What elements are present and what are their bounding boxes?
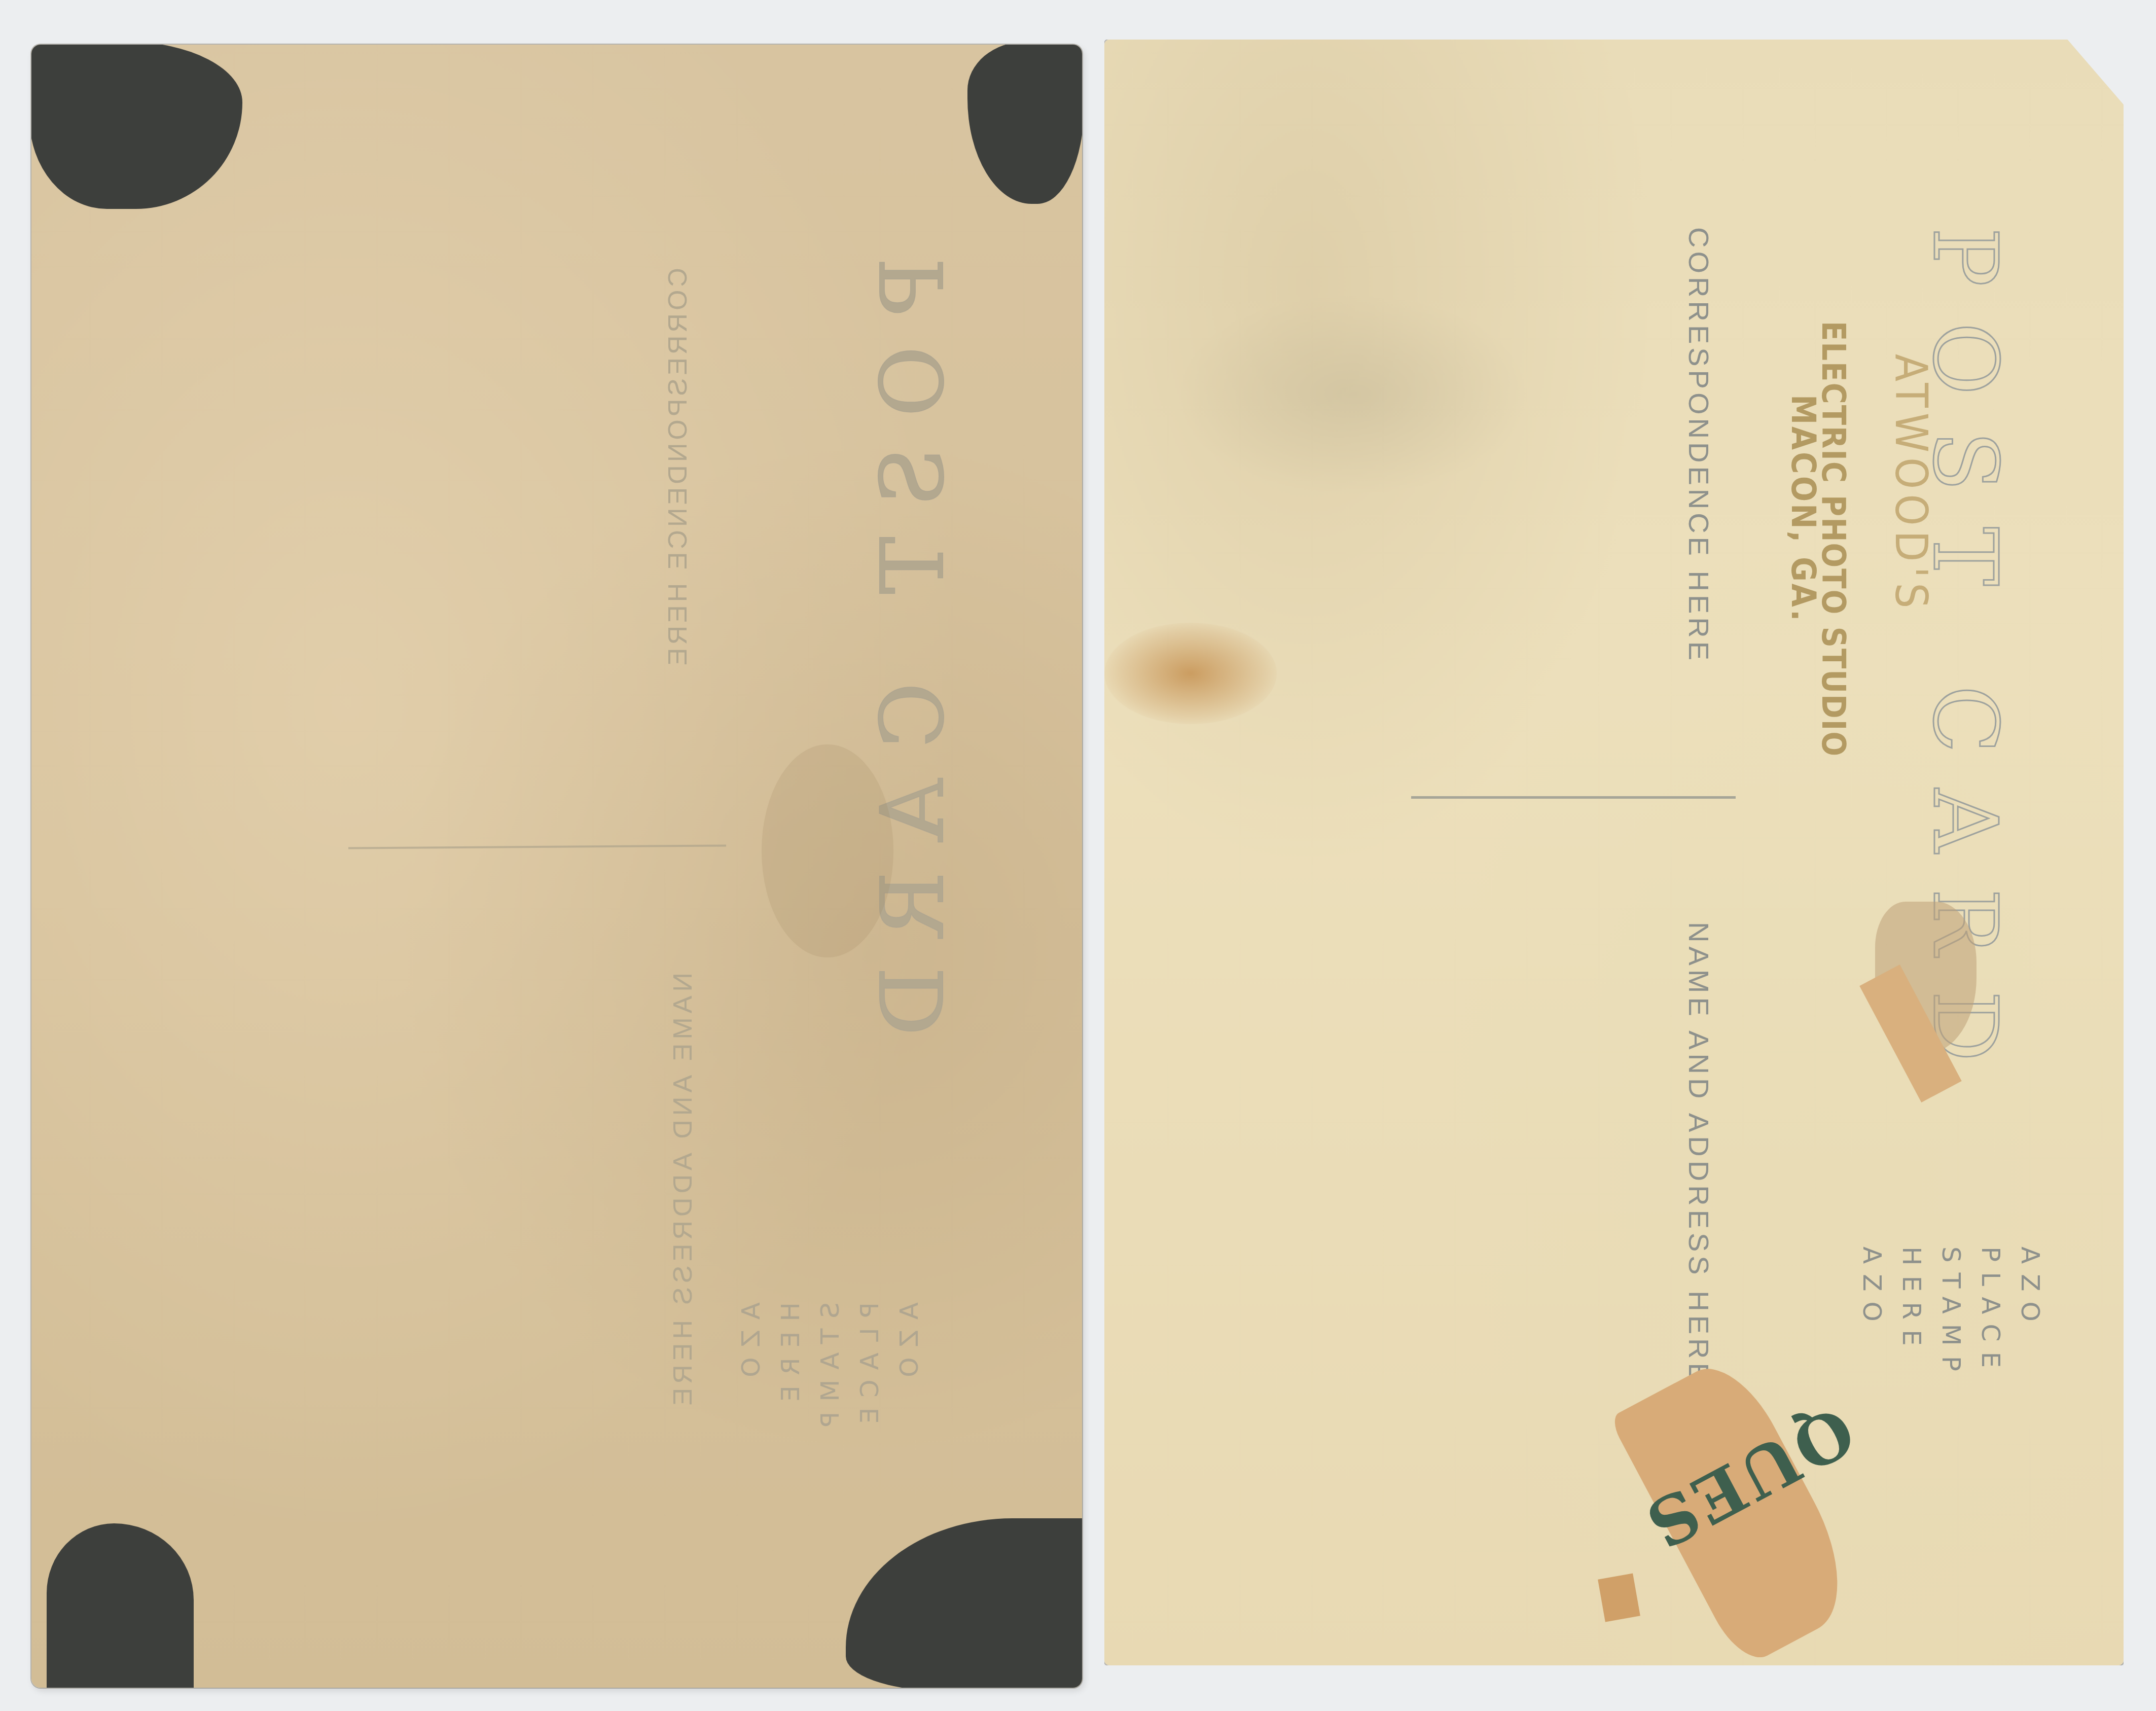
mount-corner-bottom-left xyxy=(47,1523,194,1688)
stamp-box-col: AZO xyxy=(736,1302,766,1437)
stamp-box: AZO PLACE STAMP HERE AZO xyxy=(1857,1246,2045,1381)
correspondence-label: CORRESPONDENCE HERE xyxy=(1682,227,1715,664)
mount-corner-top-left xyxy=(31,45,242,209)
smudge xyxy=(1175,293,1530,496)
stamp-box-col: STAMP xyxy=(815,1302,845,1437)
address-label: NAME AND ADDRESS HERE xyxy=(1682,922,1715,1386)
stamp-box-col: PLACE xyxy=(1976,1246,2005,1381)
address-label: NAME AND ADDRESS HERE xyxy=(668,973,698,1410)
postcard-left: POST CARD CORRESPONDENCE HERE NAME AND A… xyxy=(31,45,1082,1688)
mount-corner-top-right xyxy=(967,45,1082,204)
studio-city: MACON, GA. xyxy=(1784,395,1823,623)
stamp-box-col: HERE xyxy=(1897,1246,1926,1381)
divider-line xyxy=(1411,796,1736,799)
small-fragment xyxy=(1598,1574,1640,1622)
postcard-right: POST CARD ATWOOD'S ELECTRIC PHOTO STUDIO… xyxy=(1104,40,2124,1665)
stamp-box-col: PLACE xyxy=(855,1302,884,1437)
stain xyxy=(762,744,893,957)
stamp-box-col: AZO xyxy=(894,1302,924,1437)
divider-line xyxy=(348,844,726,849)
stamp-box-col: AZO xyxy=(2016,1246,2045,1381)
post-card-title: POST CARD xyxy=(863,258,963,1066)
correspondence-label: CORRESPONDENCE HERE xyxy=(663,268,693,668)
stamp-box: AZO PLACE STAMP HERE AZO xyxy=(736,1302,924,1437)
stamp-box-col: STAMP xyxy=(1936,1246,1966,1381)
mount-corner-bottom-right xyxy=(846,1518,1082,1688)
stamp-box-col: AZO xyxy=(1857,1246,1887,1381)
studio-name: ATWOOD'S xyxy=(1885,354,1937,614)
foxing-stain xyxy=(1104,623,1277,724)
stamp-box-col: HERE xyxy=(776,1302,805,1437)
